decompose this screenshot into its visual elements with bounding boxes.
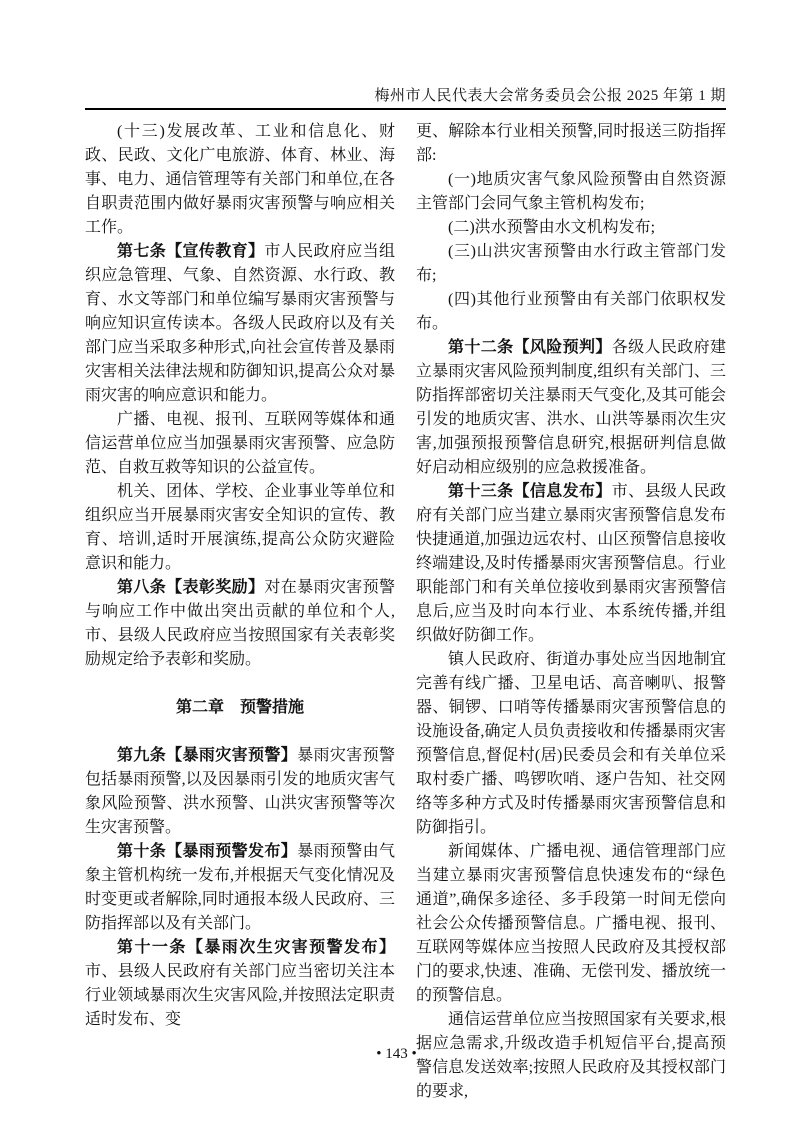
- paragraph: 机关、团体、学校、企业事业等单位和组织应当开展暴雨灾害安全知识的宣传、教育、培训…: [85, 480, 395, 576]
- page-header: 梅州市人民代表大会常务委员会公报 2025 年第 1 期: [85, 84, 726, 105]
- paragraph: 第八条【表彰奖励】对在暴雨灾害预警与响应工作中做出突出贡献的单位和个人,市、县级…: [85, 576, 395, 672]
- paragraph: 第七条【宣传教育】市人民政府应当组织应急管理、气象、自然资源、水行政、教育、水文…: [85, 240, 395, 408]
- header-rule: [85, 108, 726, 110]
- paragraph-text: 更、解除本行业相关预警,同时报送三防指挥部:: [416, 123, 726, 164]
- gazette-title: 梅州市人民代表大会常务委员会公报 2025 年第 1 期: [374, 88, 726, 104]
- page-number: • 143 •: [376, 1046, 417, 1062]
- paragraph-text: (十三)发展改革、工业和信息化、财政、民政、文化广电旅游、体育、林业、海事、电力…: [85, 123, 395, 236]
- paragraph: (二)洪水预警由水文机构发布;: [416, 216, 726, 240]
- paragraph: 新闻媒体、广播电视、通信管理部门应当建立暴雨灾害预警信息快速发布的“绿色通道”,…: [416, 840, 726, 1008]
- paragraph-text: (三)山洪灾害预警由水行政主管部门发布;: [416, 243, 726, 284]
- page-content: (十三)发展改革、工业和信息化、财政、民政、文化广电旅游、体育、林业、海事、电力…: [85, 120, 726, 1104]
- paragraph-text: 镇人民政府、街道办事处应当因地制宜完善有线广播、卫星电话、高音喇叭、报警器、铜锣…: [416, 651, 726, 836]
- paragraph-text: 广播、电视、报刊、互联网等媒体和通信运营单位应当加强暴雨灾害预警、应急防范、自救…: [85, 411, 395, 476]
- chapter-heading: 第二章 预警措施: [85, 696, 395, 720]
- paragraph: 第十一条【暴雨次生灾害预警发布】市、县级人民政府有关部门应当密切关注本行业领域暴…: [85, 936, 395, 1032]
- paragraph-text: 各级人民政府建立暴雨灾害风险预判制度,组织有关部门、三防指挥部密切关注暴雨天气变…: [416, 339, 726, 476]
- paragraph: 第十二条【风险预判】各级人民政府建立暴雨灾害风险预判制度,组织有关部门、三防指挥…: [416, 336, 726, 480]
- left-column: (十三)发展改革、工业和信息化、财政、民政、文化广电旅游、体育、林业、海事、电力…: [85, 120, 395, 1104]
- paragraph: (三)山洪灾害预警由水行政主管部门发布;: [416, 240, 726, 288]
- paragraph-text: 新闻媒体、广播电视、通信管理部门应当建立暴雨灾害预警信息快速发布的“绿色通道”,…: [416, 843, 726, 1004]
- paragraph: 第九条【暴雨灾害预警】暴雨灾害预警包括暴雨预警,以及因暴雨引发的地质灾害气象风险…: [85, 744, 395, 840]
- article-label: 第十一条【暴雨次生灾害预警发布】: [117, 939, 395, 956]
- paragraph: (十三)发展改革、工业和信息化、财政、民政、文化广电旅游、体育、林业、海事、电力…: [85, 120, 395, 240]
- article-label: 第九条【暴雨灾害预警】: [117, 747, 297, 764]
- paragraph-text: 市、县级人民政府有关部门应当密切关注本行业领域暴雨次生灾害风险,并按照法定职责适…: [85, 963, 395, 1028]
- article-label: 第十二条【风险预判】: [448, 339, 612, 356]
- paragraph: 更、解除本行业相关预警,同时报送三防指挥部:: [416, 120, 726, 168]
- article-label: 第十条【暴雨预警发布】: [117, 843, 297, 860]
- paragraph: 第十三条【信息发布】市、县级人民政府有关部门应当建立暴雨灾害预警信息发布快捷通道…: [416, 480, 726, 648]
- paragraph: (一)地质灾害气象风险预警由自然资源主管部门会同气象主管机构发布;: [416, 168, 726, 216]
- paragraph-text: (一)地质灾害气象风险预警由自然资源主管部门会同气象主管机构发布;: [416, 171, 726, 212]
- paragraph: 广播、电视、报刊、互联网等媒体和通信运营单位应当加强暴雨灾害预警、应急防范、自救…: [85, 408, 395, 480]
- paragraph-text: 市、县级人民政府有关部门应当建立暴雨灾害预警信息发布快捷通道,加强边远农村、山区…: [416, 483, 726, 644]
- page-footer: • 143 •: [0, 1046, 793, 1063]
- article-label: 第七条【宣传教育】: [117, 243, 264, 260]
- paragraph: 镇人民政府、街道办事处应当因地制宜完善有线广播、卫星电话、高音喇叭、报警器、铜锣…: [416, 648, 726, 840]
- paragraph-text: (四)其他行业预警由有关部门依职权发布。: [416, 291, 726, 332]
- paragraph-text: 机关、团体、学校、企业事业等单位和组织应当开展暴雨灾害安全知识的宣传、教育、培训…: [85, 483, 395, 572]
- article-label: 第十三条【信息发布】: [448, 483, 612, 500]
- article-label: 第八条【表彰奖励】: [117, 579, 264, 596]
- paragraph: 第十条【暴雨预警发布】暴雨预警由气象主管机构统一发布,并根据天气变化情况及时变更…: [85, 840, 395, 936]
- paragraph-text: (二)洪水预警由水文机构发布;: [448, 219, 655, 236]
- gazette-page: 梅州市人民代表大会常务委员会公报 2025 年第 1 期 (十三)发展改革、工业…: [0, 0, 793, 1122]
- right-column: 更、解除本行业相关预警,同时报送三防指挥部: (一)地质灾害气象风险预警由自然资…: [416, 120, 726, 1104]
- paragraph: (四)其他行业预警由有关部门依职权发布。: [416, 288, 726, 336]
- paragraph-text: 市人民政府应当组织应急管理、气象、自然资源、水行政、教育、水文等部门和单位编写暴…: [85, 243, 395, 404]
